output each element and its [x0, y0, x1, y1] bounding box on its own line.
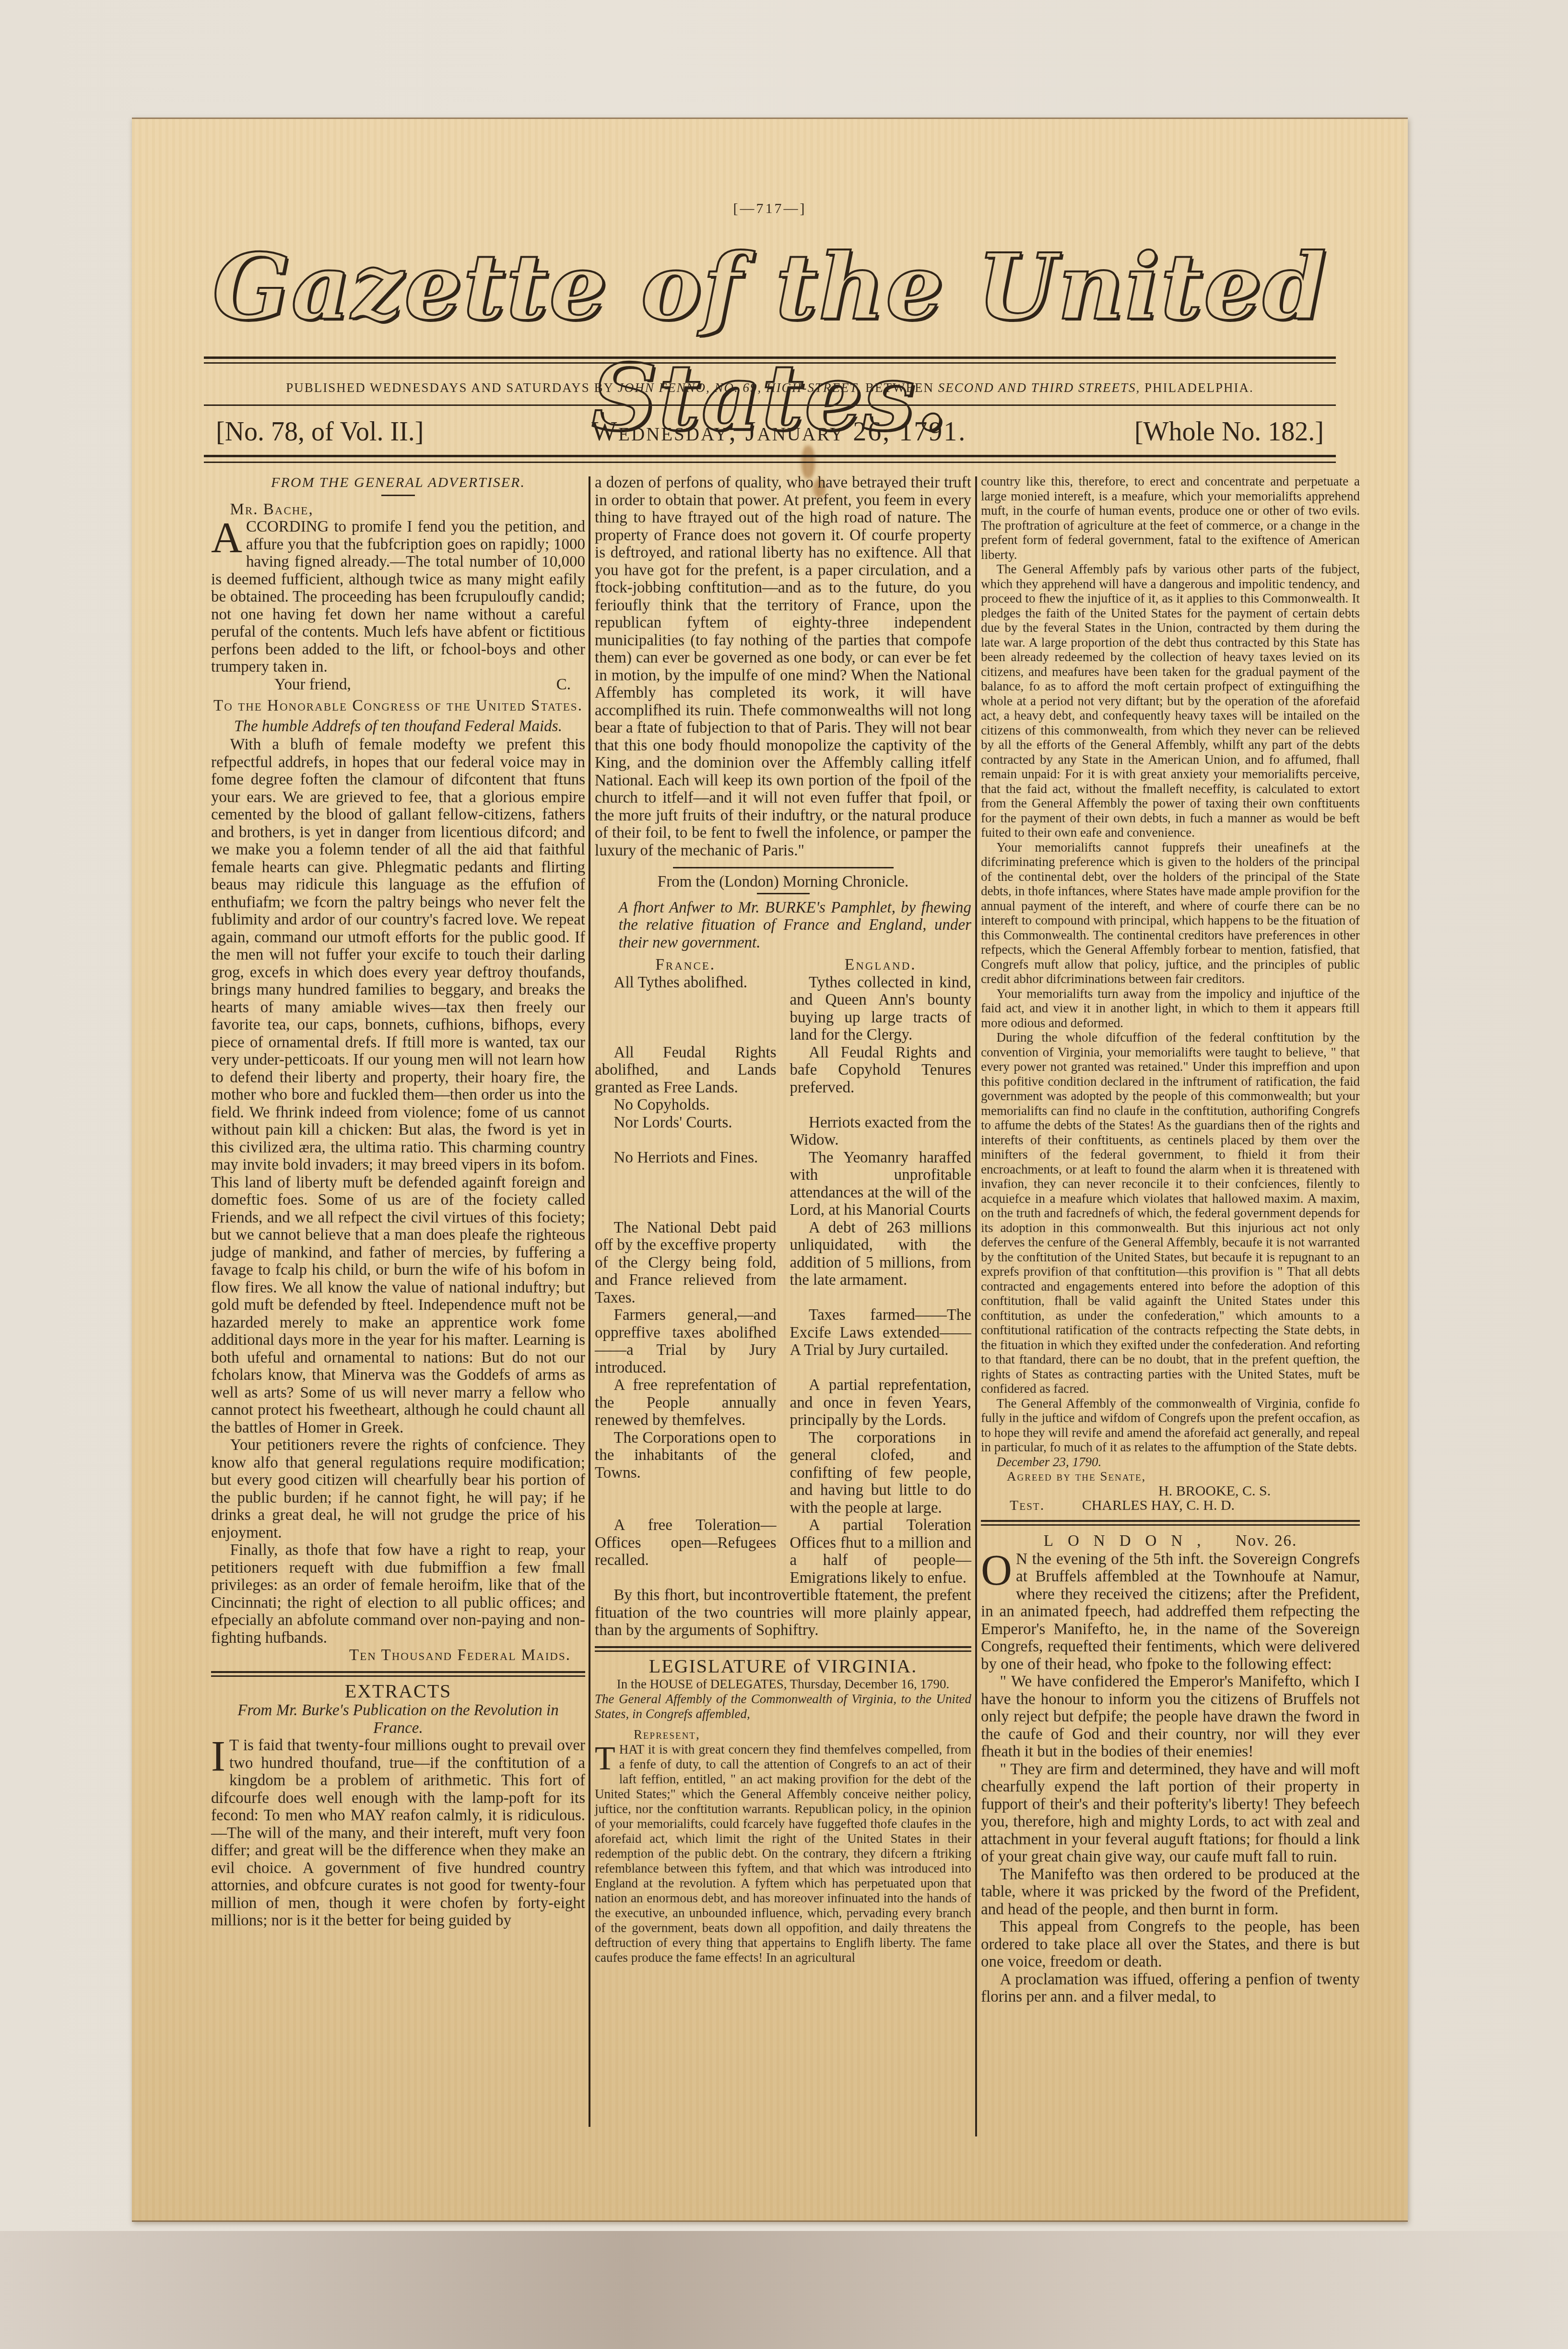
whole-number: [Whole No. 182.] [1134, 416, 1324, 447]
imprint-between: between [865, 380, 934, 395]
section-rule [595, 1646, 971, 1652]
signoff-initial: C. [493, 676, 571, 694]
petition-paragraph: Your petitioners revere the rights of co… [211, 1436, 585, 1542]
memorial-paragraph: Your memorialifts cannot fupprefs their … [981, 840, 1360, 986]
france-cell: The National Debt paid off by the exceff… [595, 1219, 777, 1307]
column-1: From the General Advertiser. Mr. Bache, … [211, 474, 585, 1930]
letter-text: CCORDING to promife I fend you the petit… [211, 518, 585, 676]
london-paragraph: O N the evening of the 5th inft. the Sov… [981, 1551, 1360, 1673]
letter-salutation: Mr. Bache, [211, 501, 585, 519]
memorial-paragraph: country like this, therefore, to erect a… [981, 474, 1360, 562]
france-cell: A free Toleration—Offices open—Refugees … [595, 1517, 777, 1587]
signoff: Your friend, [211, 676, 351, 694]
signer-hay-line: Test. CHARLES HAY, C. H. D. [981, 1498, 1360, 1513]
memorial-paragraph: Your memorialifts turn away from the imp… [981, 986, 1360, 1031]
address-title: The humble Addrefs of ten thoufand Feder… [211, 718, 585, 736]
london-paragraph: The Manifefto was then ordered to be pro… [981, 1866, 1360, 1919]
comparison-conclusion: By this fhort, but incontrovertible ftat… [595, 1587, 971, 1639]
senate-agreement: Agreed by the Senate, [981, 1469, 1360, 1484]
memorial-paragraph: The General Affembly of the commonwealth… [981, 1396, 1360, 1455]
signer-brooke: H. BROOKE, C. S. [981, 1484, 1360, 1499]
imprint-lead: Published Wednesdays and Saturdays by [286, 380, 613, 395]
england-cell: A partial Toleration Offices fhut to a m… [790, 1517, 972, 1587]
england-cell: Taxes farmed——The Excife Laws extended——… [790, 1306, 972, 1376]
england-cell: Tythes collected in kind, and Queen Ann'… [790, 974, 972, 1044]
signer-hay: CHARLES HAY, C. H. D. [1082, 1497, 1235, 1513]
france-cell: All Feudal Rights abolifhed, and Lands g… [595, 1044, 777, 1097]
dateline: [No. 78, of Vol. II.] Wednesday, January… [216, 416, 1324, 447]
england-cell [790, 1096, 972, 1114]
chronicle-source: From the (London) Morning Chronicle. [595, 873, 971, 891]
france-cell: No Herriots and Fines. [595, 1149, 777, 1219]
extracts-text: T is faid that twenty-four millions ough… [211, 1737, 585, 1929]
page-folio: [—717—] [132, 201, 1408, 217]
france-cell: Farmers general,—and oppreffive taxes ab… [595, 1306, 777, 1376]
extracts-title: EXTRACTS [211, 1683, 585, 1700]
comparison-header-france: France. [595, 956, 777, 974]
comparison-table: France. England. All Tythes abolifhed. T… [595, 956, 971, 1587]
imprint-city: Philadelphia. [1144, 380, 1254, 395]
imprint-streets: Second and Third Streets, [938, 380, 1141, 395]
virginia-title: LEGISLATURE of VIRGINIA. [595, 1658, 971, 1675]
issue-number: [No. 78, of Vol. II.] [216, 416, 424, 447]
column-divider [975, 476, 977, 2136]
issue-date: Wednesday, January 26, 1791. [591, 416, 967, 447]
address-recipient: To the Honorable Congress of the United … [211, 697, 585, 715]
letter-signoff: Your friend, C. [211, 676, 585, 694]
comparison-header-england: England. [790, 956, 972, 974]
virginia-body: T HAT it is with great concern they find… [595, 1742, 971, 1965]
petition-paragraph: With a blufh of female modefty we prefen… [211, 736, 585, 1436]
england-cell: The corporations in general clofed, and … [790, 1429, 972, 1517]
source-heading: From the General Advertiser. [211, 474, 585, 492]
virginia-house: In the HOUSE of DELEGATES, Thursday, Dec… [595, 1677, 971, 1692]
extracts-body: I T is faid that twenty-four millions ou… [211, 1737, 585, 1930]
france-cell: No Copyholds. [595, 1096, 777, 1114]
dateline-rule [204, 462, 1336, 463]
london-paragraph: This appeal from Congrefs to the people,… [981, 1918, 1360, 1971]
england-cell: A debt of 263 millions unliquidated, wit… [790, 1219, 972, 1307]
petition-paragraph: Finally, as thofe that fow have a right … [211, 1542, 585, 1647]
imprint-rule [204, 404, 1336, 406]
extracts-subtitle: From Mr. Burke's Publication on the Revo… [211, 1702, 585, 1737]
london-dateline: LONDON, Nov. 26. [981, 1531, 1360, 1551]
virginia-address: The General Affembly of the Commonwealth… [595, 1692, 971, 1721]
represent-label: Represent, [595, 1727, 971, 1742]
short-rule [381, 495, 415, 496]
france-cell: Nor Lords' Courts. [595, 1114, 777, 1149]
test-label: Test. [1010, 1497, 1045, 1513]
column-2: a dozen of perfons of quality, who have … [595, 474, 971, 1965]
petition-signature: Ten Thousand Federal Maids. [211, 1647, 585, 1664]
london-article: O N the evening of the 5th inft. the Sov… [981, 1551, 1360, 2006]
memorial-paragraph: The General Affembly pafs by various oth… [981, 562, 1360, 840]
letter-body: A CCORDING to promife I fend you the pet… [211, 518, 585, 676]
short-rule [757, 893, 810, 894]
publisher-imprint: Published Wednesdays and Saturdays by Jo… [132, 380, 1408, 395]
london-date: Nov. 26. [1236, 1532, 1297, 1550]
england-cell: The Yeomanry haraffed with unprofitable … [790, 1149, 972, 1219]
masthead-rule [204, 356, 1336, 359]
memorial-date: December 23, 1790. [981, 1455, 1360, 1470]
column-divider [589, 476, 590, 2127]
newspaper-page: [—717—] Gazette of the United States. Pu… [132, 118, 1408, 2222]
drop-cap: O [981, 1554, 1012, 1588]
france-cell: The Corporations open to the inhabitants… [595, 1429, 777, 1517]
drop-cap: A [211, 521, 242, 556]
backdrop-shadow [0, 2231, 1568, 2349]
section-rule [211, 1671, 585, 1677]
burke-continued: a dozen of perfons of quality, who have … [595, 474, 971, 859]
france-cell: A free reprefentation of the People annu… [595, 1376, 777, 1429]
london-paragraph: " They are firm and determined, they hav… [981, 1761, 1360, 1866]
dateline-rule [204, 455, 1336, 457]
london-paragraph: " We have confidered the Emperor's Manif… [981, 1673, 1360, 1761]
memorial-paragraph: During the whole difcuffion of the feder… [981, 1030, 1360, 1396]
london-place: LONDON, [1044, 1532, 1215, 1550]
england-cell: A partial reprefentation, and once in fe… [790, 1376, 972, 1429]
section-rule [673, 867, 894, 868]
column-3: country like this, therefore, to erect a… [981, 474, 1360, 2006]
england-cell: Herriots exacted from the Widow. [790, 1114, 972, 1149]
masthead-rule [204, 362, 1336, 364]
chronicle-title: A fhort Anfwer to Mr. BURKE's Pamphlet, … [595, 899, 971, 952]
drop-cap: I [211, 1740, 225, 1774]
section-rule [981, 1520, 1360, 1526]
imprint-publisher: John Fenno, No. 69, High-Street, [618, 380, 861, 395]
france-cell: All Tythes abolifhed. [595, 974, 777, 1044]
london-paragraph: A proclamation was iffued, offering a pe… [981, 1971, 1360, 2006]
drop-cap: T [595, 1745, 615, 1773]
virginia-text: HAT it is with great concern they find t… [595, 1742, 971, 1965]
england-cell: All Feudal Rights and bafe Copyhold Tenu… [790, 1044, 972, 1097]
london-text: N the evening of the 5th inft. the Sover… [981, 1551, 1360, 1673]
